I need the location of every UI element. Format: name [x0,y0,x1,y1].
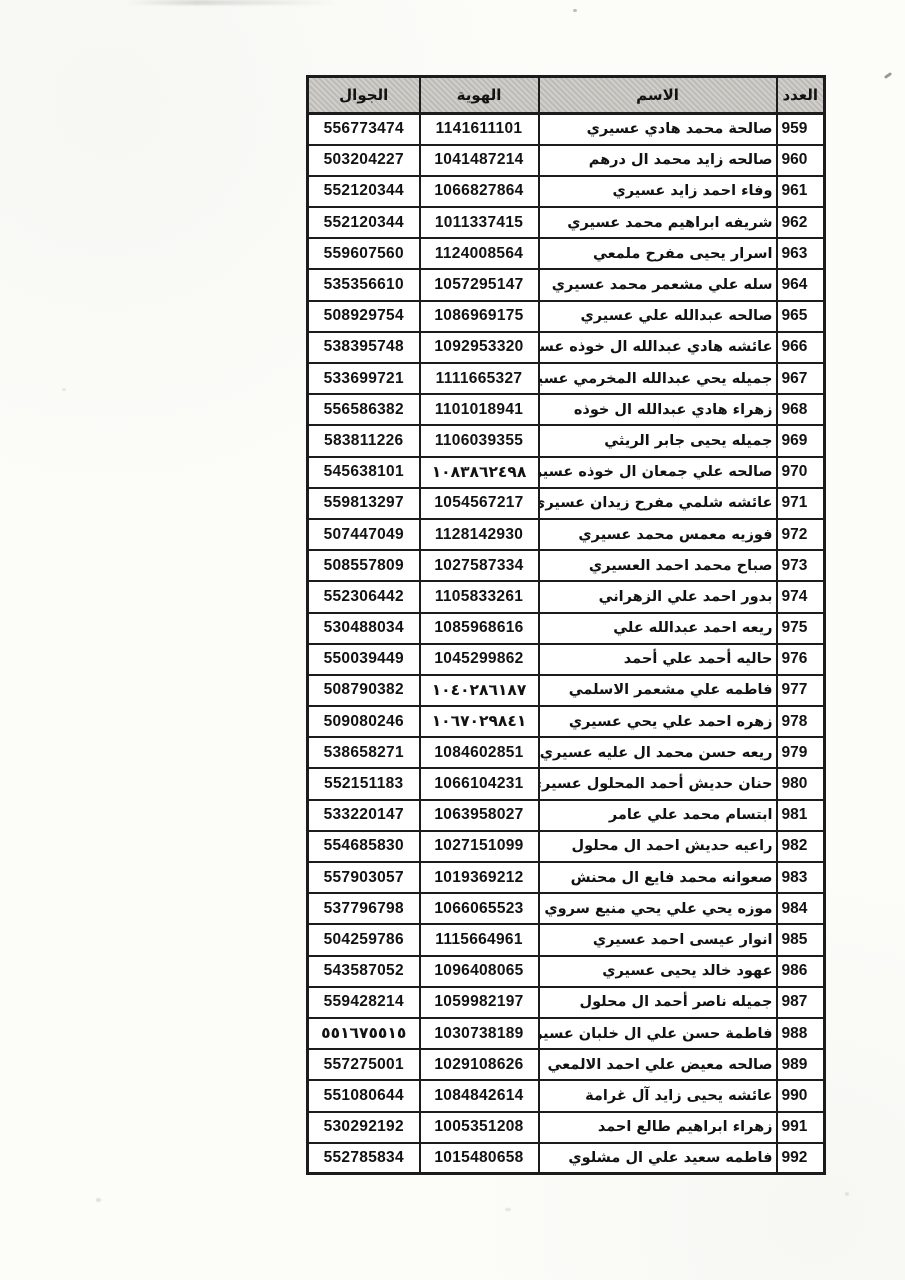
mobile-cell: 583811226 [308,425,420,456]
id-cell: ١٠٤٠٢٨٦١٨٧ [420,675,539,706]
name-cell: صالحه زايد محمد ال درهم [539,145,777,176]
id-cell: 1106039355 [420,425,539,456]
serial-cell: 972 [777,519,825,550]
serial-cell: 990 [777,1080,825,1111]
id-cell: 1086969175 [420,301,539,332]
name-cell: صالحه علي جمعان ال خوذه عسيري [539,457,777,488]
id-cell: 1085968616 [420,613,539,644]
id-cell: ١٠٦٧٠٢٩٨٤١ [420,706,539,737]
mobile-cell: 537796798 [308,893,420,924]
name-cell: زهره احمد علي يحي عسيري [539,706,777,737]
serial-cell: 989 [777,1049,825,1080]
id-cell: 1128142930 [420,519,539,550]
header-mobile: الجوال [308,77,420,114]
table-row: 556586382 1101018941 زهراء هادي عبدالله … [308,394,825,425]
serial-cell: 974 [777,581,825,612]
mobile-cell: 507447049 [308,519,420,550]
table-row: 583811226 1106039355 جميله يحيى جابر الر… [308,425,825,456]
mobile-cell: 508790382 [308,675,420,706]
name-cell: عائشه هادي عبدالله ال خوذه عسيري [539,332,777,363]
table-header-row: الجوال الهوية الاسم العدد [308,77,825,114]
table-row: 552785834 1015480658 فاطمه سعيد علي ال م… [308,1143,825,1174]
mobile-cell: 533220147 [308,800,420,831]
name-cell: عائشه شلمي مفرح زيدان عسيري [539,488,777,519]
id-cell: 1029108626 [420,1049,539,1080]
table-row: 556773474 1141611101 صالحة محمد هادي عسي… [308,114,825,145]
mobile-cell: 559607560 [308,238,420,269]
table-row: 554685830 1027151099 راعيه حديش احمد ال … [308,831,825,862]
mobile-cell: 535356610 [308,269,420,300]
table-row: 543587052 1096408065 عهود خالد يحيى عسير… [308,956,825,987]
serial-cell: 962 [777,207,825,238]
serial-cell: 991 [777,1112,825,1143]
name-cell: عائشه يحيى زايد آل غرامة [539,1080,777,1111]
id-cell: 1124008564 [420,238,539,269]
table-row: 508557809 1027587334 صباح محمد احمد العس… [308,550,825,581]
id-cell: 1101018941 [420,394,539,425]
mobile-cell: 504259786 [308,924,420,955]
id-cell: 1092953320 [420,332,539,363]
name-cell: زهراء هادي عبدالله ال خوذه [539,394,777,425]
table-row: 557903057 1019369212 صعوانه محمد فايع ال… [308,862,825,893]
header-id: الهوية [420,77,539,114]
id-cell: 1019369212 [420,862,539,893]
name-cell: جميله يحيى جابر الريثي [539,425,777,456]
mobile-cell: 557903057 [308,862,420,893]
serial-cell: 964 [777,269,825,300]
mobile-cell: 508557809 [308,550,420,581]
name-cell: موزه يحي علي يحي منيع سروي [539,893,777,924]
scan-artifact [845,1192,849,1196]
table-row: 508790382 ١٠٤٠٢٨٦١٨٧ فاطمه علي مشعمر الا… [308,675,825,706]
mobile-cell: 545638101 [308,457,420,488]
serial-cell: 987 [777,987,825,1018]
table-row: 559813297 1054567217 عائشه شلمي مفرح زيد… [308,488,825,519]
name-cell: صباح محمد احمد العسيري [539,550,777,581]
mobile-cell: 559428214 [308,987,420,1018]
mobile-cell: 556586382 [308,394,420,425]
table-row: ٥٥١٦٧٥٥١٥ 1030738189 فاطمة حسن علي ال خل… [308,1018,825,1049]
scan-artifact [125,0,340,5]
id-cell: 1054567217 [420,488,539,519]
name-cell: وفاء احمد زايد عسيري [539,176,777,207]
mobile-cell: 543587052 [308,956,420,987]
mobile-cell: 559813297 [308,488,420,519]
mobile-cell: 557275001 [308,1049,420,1080]
name-cell: صالحه عبدالله علي عسيري [539,301,777,332]
id-cell: 1111665327 [420,363,539,394]
mobile-cell: 538658271 [308,737,420,768]
serial-cell: 979 [777,737,825,768]
serial-cell: 967 [777,363,825,394]
id-cell: 1041487214 [420,145,539,176]
table-row: 535356610 1057295147 سله علي مشعمر محمد … [308,269,825,300]
name-cell: حنان حديش أحمد المحلول عسيري [539,768,777,799]
id-cell: 1141611101 [420,114,539,145]
name-cell: فوزيه معمس محمد عسيري [539,519,777,550]
name-cell: فاطمه علي مشعمر الاسلمي [539,675,777,706]
name-cell: ريعه احمد عبدالله علي [539,613,777,644]
table-row: 552306442 1105833261 بدور احمد علي الزهر… [308,581,825,612]
mobile-cell: 530292192 [308,1112,420,1143]
name-cell: شريفه ابراهيم محمد عسيري [539,207,777,238]
id-cell: 1066827864 [420,176,539,207]
id-cell: 1096408065 [420,956,539,987]
serial-cell: 961 [777,176,825,207]
table-row: 551080644 1084842614 عائشه يحيى زايد آل … [308,1080,825,1111]
name-cell: صالحه معيض علي احمد الالمعي [539,1049,777,1080]
id-cell: 1105833261 [420,581,539,612]
serial-cell: 980 [777,768,825,799]
id-cell: 1027587334 [420,550,539,581]
mobile-cell: 530488034 [308,613,420,644]
serial-cell: 985 [777,924,825,955]
serial-cell: 970 [777,457,825,488]
table-row: 538658271 1084602851 ريعه حسن محمد ال عل… [308,737,825,768]
name-cell: فاطمه سعيد علي ال مشلوي [539,1143,777,1174]
mobile-cell: 508929754 [308,301,420,332]
table-row: 530292192 1005351208 زهراء ابراهيم طالع … [308,1112,825,1143]
serial-cell: 971 [777,488,825,519]
scan-artifact [884,72,892,79]
serial-cell: 965 [777,301,825,332]
name-cell: انوار عيسى احمد عسيري [539,924,777,955]
mobile-cell: 551080644 [308,1080,420,1111]
name-cell: ريعه حسن محمد ال عليه عسيري [539,737,777,768]
id-cell: ١٠٨٣٨٦٢٤٩٨ [420,457,539,488]
mobile-cell: 552151183 [308,768,420,799]
serial-cell: 973 [777,550,825,581]
mobile-cell: 533699721 [308,363,420,394]
table-row: 507447049 1128142930 فوزيه معمس محمد عسي… [308,519,825,550]
mobile-cell: 556773474 [308,114,420,145]
name-cell: صالحة محمد هادي عسيري [539,114,777,145]
id-cell: 1045299862 [420,644,539,675]
serial-cell: 969 [777,425,825,456]
id-cell: 1115664961 [420,924,539,955]
mobile-cell: 552306442 [308,581,420,612]
name-cell: فاطمة حسن علي ال خلبان عسيري [539,1018,777,1049]
name-cell: صعوانه محمد فايع ال محنش [539,862,777,893]
name-cell: سله علي مشعمر محمد عسيري [539,269,777,300]
header-name: الاسم [539,77,777,114]
serial-cell: 968 [777,394,825,425]
table-row: 533699721 1111665327 جميله يحي عبدالله ا… [308,363,825,394]
name-cell: راعيه حديش احمد ال محلول [539,831,777,862]
table-row: 538395748 1092953320 عائشه هادي عبدالله … [308,332,825,363]
name-cell: اسرار يحيى مفرح ملمعي [539,238,777,269]
table-row: 533220147 1063958027 ابتسام محمد علي عام… [308,800,825,831]
table-row: 552151183 1066104231 حنان حديش أحمد المح… [308,768,825,799]
serial-cell: 982 [777,831,825,862]
serial-cell: 983 [777,862,825,893]
mobile-cell: 550039449 [308,644,420,675]
scanned-page: الجوال الهوية الاسم العدد 556773474 1141… [0,0,905,1280]
table-row: 559607560 1124008564 اسرار يحيى مفرح ملم… [308,238,825,269]
mobile-cell: 552785834 [308,1143,420,1174]
id-cell: 1059982197 [420,987,539,1018]
table-row: 509080246 ١٠٦٧٠٢٩٨٤١ زهره احمد علي يحي ع… [308,706,825,737]
table-row: 504259786 1115664961 انوار عيسى احمد عسي… [308,924,825,955]
table-row: 557275001 1029108626 صالحه معيض علي احمد… [308,1049,825,1080]
id-cell: 1084842614 [420,1080,539,1111]
table-row: 552120344 1011337415 شريفه ابراهيم محمد … [308,207,825,238]
serial-cell: 988 [777,1018,825,1049]
serial-cell: 984 [777,893,825,924]
mobile-cell: 503204227 [308,145,420,176]
table-row: 545638101 ١٠٨٣٨٦٢٤٩٨ صالحه علي جمعان ال … [308,457,825,488]
serial-cell: 976 [777,644,825,675]
serial-cell: 977 [777,675,825,706]
id-cell: 1027151099 [420,831,539,862]
id-cell: 1063958027 [420,800,539,831]
scan-artifact [62,388,66,391]
name-cell: عهود خالد يحيى عسيري [539,956,777,987]
name-cell: حاليه أحمد علي أحمد [539,644,777,675]
name-cell: ابتسام محمد علي عامر [539,800,777,831]
scan-artifact [573,9,577,12]
serial-cell: 963 [777,238,825,269]
serial-cell: 992 [777,1143,825,1174]
name-cell: بدور احمد علي الزهراني [539,581,777,612]
id-cell: 1011337415 [420,207,539,238]
serial-cell: 959 [777,114,825,145]
id-cell: 1030738189 [420,1018,539,1049]
table-row: 559428214 1059982197 جميله ناصر أحمد ال … [308,987,825,1018]
serial-cell: 986 [777,956,825,987]
id-cell: 1005351208 [420,1112,539,1143]
id-cell: 1057295147 [420,269,539,300]
table-row: 530488034 1085968616 ريعه احمد عبدالله ع… [308,613,825,644]
mobile-cell: ٥٥١٦٧٥٥١٥ [308,1018,420,1049]
id-cell: 1084602851 [420,737,539,768]
name-cell: جميله يحي عبدالله المخرمي عسيري [539,363,777,394]
serial-cell: 975 [777,613,825,644]
header-serial: العدد [777,77,825,114]
mobile-cell: 552120344 [308,176,420,207]
table-row: 503204227 1041487214 صالحه زايد محمد ال … [308,145,825,176]
serial-cell: 981 [777,800,825,831]
name-cell: زهراء ابراهيم طالع احمد [539,1112,777,1143]
mobile-cell: 509080246 [308,706,420,737]
scan-artifact [96,1198,101,1202]
serial-cell: 966 [777,332,825,363]
serial-cell: 978 [777,706,825,737]
table-row: 552120344 1066827864 وفاء احمد زايد عسير… [308,176,825,207]
id-cell: 1066104231 [420,768,539,799]
id-cell: 1066065523 [420,893,539,924]
mobile-cell: 552120344 [308,207,420,238]
mobile-cell: 554685830 [308,831,420,862]
table-row: 508929754 1086969175 صالحه عبدالله علي ع… [308,301,825,332]
roster-table: الجوال الهوية الاسم العدد 556773474 1141… [306,75,826,1175]
table-row: 537796798 1066065523 موزه يحي علي يحي من… [308,893,825,924]
mobile-cell: 538395748 [308,332,420,363]
table-row: 550039449 1045299862 حاليه أحمد علي أحمد… [308,644,825,675]
serial-cell: 960 [777,145,825,176]
scan-artifact [505,1208,511,1211]
name-cell: جميله ناصر أحمد ال محلول [539,987,777,1018]
id-cell: 1015480658 [420,1143,539,1174]
